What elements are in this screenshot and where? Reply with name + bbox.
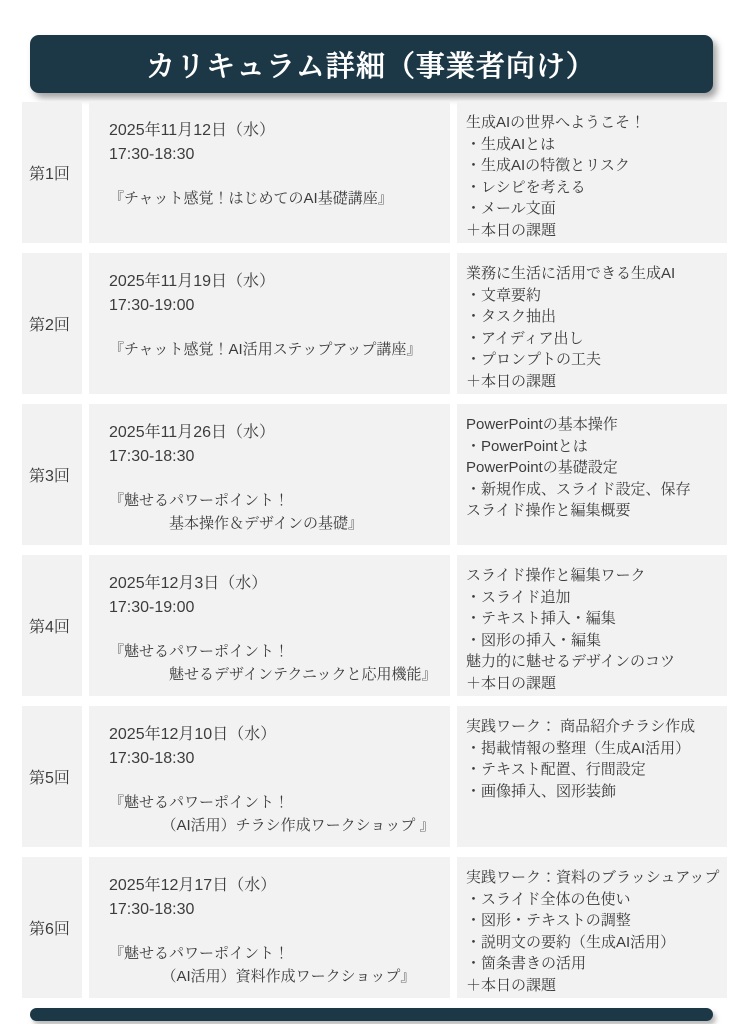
content-cell: 実践ワーク： 商品紹介チラシ作成 ・掲載情報の整理（生成AI活用） ・テキスト配… [457,706,727,847]
session-time: 17:30-18:30 [109,747,448,771]
session-time: 17:30-19:00 [109,596,448,620]
session-date: 2025年12月3日（水） [109,572,448,596]
session-time: 17:30-19:00 [109,294,448,318]
content-cell: PowerPointの基本操作 ・PowerPointとは PowerPoint… [457,404,727,545]
content-cell: スライド操作と編集ワーク ・スライド追加 ・テキスト挿入・編集 ・図形の挿入・編… [457,555,727,696]
course-title: 『魅せるパワーポイント！ （AI活用）資料作成ワークショップ』 [109,942,448,988]
session-label: 第3回 [29,463,70,486]
content-cell: 業務に生活に活用できる生成AI ・文章要約 ・タスク抽出 ・アイディア出し ・プ… [457,253,727,394]
session-label: 第5回 [29,765,70,788]
curriculum-row-5: 第5回 2025年12月10日（水） 17:30-18:30 『魅せるパワーポイ… [22,706,727,847]
session-time: 17:30-18:30 [109,898,448,922]
schedule-cell: 2025年11月19日（水） 17:30-19:00 『チャット感覚！AI活用ス… [89,253,450,394]
content-cell: 生成AIの世界へようこそ！ ・生成AIとは ・生成AIの特徴とリスク ・レシピを… [457,102,727,243]
session-label: 第2回 [29,312,70,335]
schedule-cell: 2025年12月10日（水） 17:30-18:30 『魅せるパワーポイント！ … [89,706,450,847]
session-cell: 第1回 [22,102,82,243]
session-label: 第4回 [29,614,70,637]
session-date: 2025年12月17日（水） [109,874,448,898]
content-cell: 実践ワーク：資料のブラッシュアップ ・スライド全体の色使い ・図形・テキストの調… [457,857,727,998]
session-cell: 第3回 [22,404,82,545]
course-title: 『チャット感覚！はじめてのAI基礎講座』 [109,187,448,210]
course-title: 『魅せるパワーポイント！ 基本操作＆デザインの基礎』 [109,489,448,535]
session-label: 第1回 [29,161,70,184]
curriculum-row-1: 第1回 2025年11月12日（水） 17:30-18:30 『チャット感覚！は… [22,102,727,243]
session-label: 第6回 [29,916,70,939]
session-cell: 第5回 [22,706,82,847]
schedule-cell: 2025年11月26日（水） 17:30-18:30 『魅せるパワーポイント！ … [89,404,450,545]
session-cell: 第4回 [22,555,82,696]
schedule-cell: 2025年11月12日（水） 17:30-18:30 『チャット感覚！はじめての… [89,102,450,243]
curriculum-row-3: 第3回 2025年11月26日（水） 17:30-18:30 『魅せるパワーポイ… [22,404,727,545]
curriculum-table: 第1回 2025年11月12日（水） 17:30-18:30 『チャット感覚！は… [22,102,727,998]
schedule-cell: 2025年12月3日（水） 17:30-19:00 『魅せるパワーポイント！ 魅… [89,555,450,696]
curriculum-row-4: 第4回 2025年12月3日（水） 17:30-19:00 『魅せるパワーポイン… [22,555,727,696]
footer-bar [30,1008,713,1021]
schedule-cell: 2025年12月17日（水） 17:30-18:30 『魅せるパワーポイント！ … [89,857,450,998]
page-title-banner: カリキュラム詳細（事業者向け） [30,35,713,93]
session-date: 2025年12月10日（水） [109,723,448,747]
course-title: 『魅せるパワーポイント！ （AI活用）チラシ作成ワークショップ 』 [109,791,448,837]
course-title: 『魅せるパワーポイント！ 魅せるデザインテクニックと応用機能』 [109,640,448,686]
session-date: 2025年11月19日（水） [109,270,448,294]
page-title: カリキュラム詳細（事業者向け） [146,44,596,85]
session-date: 2025年11月26日（水） [109,421,448,445]
course-title: 『チャット感覚！AI活用ステップアップ講座』 [109,338,448,361]
session-cell: 第2回 [22,253,82,394]
curriculum-row-2: 第2回 2025年11月19日（水） 17:30-19:00 『チャット感覚！A… [22,253,727,394]
session-cell: 第6回 [22,857,82,998]
session-date: 2025年11月12日（水） [109,119,448,143]
session-time: 17:30-18:30 [109,445,448,469]
curriculum-row-6: 第6回 2025年12月17日（水） 17:30-18:30 『魅せるパワーポイ… [22,857,727,998]
session-time: 17:30-18:30 [109,143,448,167]
